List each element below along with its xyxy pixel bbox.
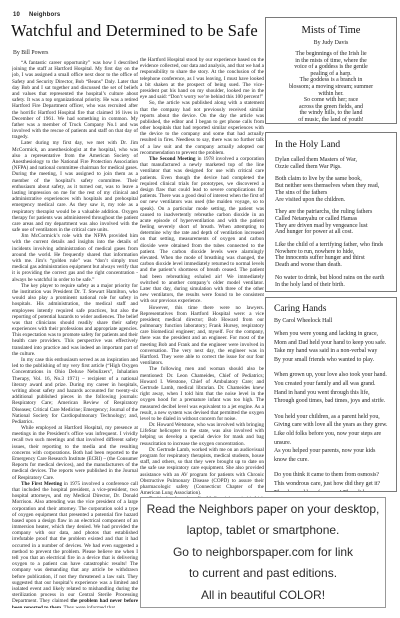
poem-body-caring-hands: When you were young and lacking in grace… <box>274 330 388 492</box>
article-column-1: “A fantastic career opportunity” was how… <box>12 60 138 608</box>
poem-line: By your small friends who wanted to play… <box>274 356 388 365</box>
text-line: Go to neighborspaper.com for link <box>173 542 353 564</box>
poem-line: You created your family and all was gran… <box>274 380 388 389</box>
poem-title-mists-of-time: Mists of Time <box>272 25 390 36</box>
poem-line: Mom and Dad held your hand to keep you s… <box>274 339 388 348</box>
poem-line: Like the child of a terrifying father, w… <box>275 242 387 249</box>
poem-box-caring-hands: Caring Hands By Carol Wheelock Hall When… <box>265 297 397 492</box>
poem-line: You held your children, as a parent held… <box>274 413 388 422</box>
promo-ad-box: Read the Neighbors paper on your desktop… <box>140 497 386 608</box>
poem-stanza: Do you think it came to them from osmosi… <box>274 471 388 492</box>
poem-line: Both claim to live by the same book, <box>275 176 387 183</box>
text-line: Read the Neighbors paper on your desktop… <box>147 499 380 521</box>
poem-byline-judy-davis: By Judy Davis <box>272 40 390 46</box>
text-line: So come with her; race <box>272 97 390 104</box>
poem-title-caring-hands: Caring Hands <box>274 304 388 314</box>
article-paragraph: However, this time there were no lawyers… <box>140 305 264 367</box>
poem-line: Like old folks before you, now your step… <box>274 430 388 447</box>
article-byline: By Bill Powers <box>13 50 48 56</box>
poem-stanza: No water to drink, but blood rains on th… <box>275 275 387 288</box>
poem-line: Do you think it came to them from osmosi… <box>274 471 388 480</box>
poem-line: The innocents suffer hunger and thirst <box>275 255 387 262</box>
poem-stanza: When grown up, your love also took your … <box>274 371 388 405</box>
page-number: 10 <box>13 12 20 18</box>
poem-stanza: Dylan called them Masters of War,Ozzie c… <box>275 157 387 170</box>
text-line: laptop, tablet or smartphone. <box>187 520 340 542</box>
text-line: within her. <box>272 91 390 98</box>
poem-line: When you were young and lacking in grace… <box>274 330 388 339</box>
text-line: across the green fields, and <box>272 104 390 111</box>
poem-line: They learned love from you! They did und… <box>274 489 388 493</box>
poem-stanza: When you were young and lacking in grace… <box>274 330 388 364</box>
poem-line: They are the patriarchs, the ruling fath… <box>275 209 387 216</box>
article-paragraph: In my case this enthusiasm served as an … <box>12 357 138 425</box>
article-paragraph: While employed at Hartford Hospital, my … <box>12 425 138 481</box>
text-line: pealing of a harp. <box>272 71 390 78</box>
article-paragraph: The following men and woman should also … <box>140 366 264 422</box>
page-header: 10 Neighbors <box>13 12 60 18</box>
poem-line: Are visited upon the children. <box>275 197 387 204</box>
poem-line: In the holy land of their birth. <box>275 282 387 289</box>
poem-byline-carol-wheelock-hall: By Carol Wheelock Hall <box>274 318 388 324</box>
article-paragraph: The key player to require safety as a ma… <box>12 283 138 357</box>
article-paragraph: Jim McCormick’s role with the NFPA provi… <box>12 233 138 283</box>
poem-body-in-the-holy-land: Dylan called them Masters of War,Ozzie c… <box>275 157 387 288</box>
article-paragraph: So, the article was published along with… <box>140 100 264 156</box>
article-column-2: the Hartford Hospital stood by our exper… <box>140 57 264 497</box>
poem-box-mists-of-time: Mists of Time By Judy Davis The beginnin… <box>265 17 397 124</box>
text-line: blossom; a moving stream; summer <box>272 84 390 91</box>
text-line: voice of a goddess is the gentle <box>272 64 390 71</box>
poem-line: Take my hand was said in a non-verbal wa… <box>274 347 388 356</box>
article-paragraph: “A fantastic career opportunity” was how… <box>12 60 138 140</box>
text-line: to current and past editions. <box>189 563 337 585</box>
article-paragraph: The Second Meeting in 1978 involved a co… <box>140 156 264 305</box>
article-paragraph: Dr. Gertrude Lamb, worked with me on an … <box>140 447 264 497</box>
poem-line: Ozzie called them War Pigs. <box>275 164 387 171</box>
text-line: of music, the land of youth! <box>272 117 390 124</box>
poem-line: Called Netanyahu or called Hamas <box>275 216 387 223</box>
poem-line: As you helped your parents, now your kid… <box>274 447 388 464</box>
poem-line: The sins of the fathers <box>275 190 387 197</box>
poem-line: And hunger for power at all cost. <box>275 229 387 236</box>
poem-stanza: You held your children, as a parent held… <box>274 413 388 465</box>
article-paragraph: Later during my first day, we met with D… <box>12 140 138 233</box>
poem-line: This wondrous care, just how did they ge… <box>274 480 388 489</box>
article-title: Watchful and Determined to be Safe <box>11 21 258 41</box>
poem-box-in-the-holy-land: In the Holy Land Dylan called them Maste… <box>265 132 397 292</box>
text-line: The goddess is a branch in <box>272 77 390 84</box>
text-line: All in beautiful COLOR! <box>201 585 325 607</box>
publication-name: Neighbors <box>29 12 60 18</box>
poem-line: Dylan called them Masters of War, <box>275 157 387 164</box>
article-paragraph: The First Meeting in 1975 involved a con… <box>12 481 138 608</box>
poem-line: Giving care with love all the years as t… <box>274 421 388 430</box>
text-line: The beginnings of the Irish lie <box>272 51 390 58</box>
poem-stanza: Like the child of a terrifying father, w… <box>275 242 387 269</box>
poem-line: When grown up, your love also took your … <box>274 371 388 380</box>
poem-title-in-the-holy-land: In the Holy Land <box>275 140 387 150</box>
poem-line: No water to drink, but blood rains on th… <box>275 275 387 282</box>
poem-stanza: They are the patriarchs, the ruling fath… <box>275 209 387 236</box>
poem-line: Hand in hand you went through this life, <box>274 389 388 398</box>
poem-line: Death and worse than death. <box>275 262 387 269</box>
newspaper-page: 10 Neighbors Watchful and Determined to … <box>0 0 400 618</box>
poem-stanza: Both claim to live by the same book,But … <box>275 176 387 203</box>
article-paragraph: Dr. Howard Wetstone, who was involved wi… <box>140 422 264 447</box>
article-paragraph: the Hartford Hospital stood by our exper… <box>140 57 264 100</box>
poem-line: But neither sees themselves when they re… <box>275 183 387 190</box>
poem-line: Through good times, bad times, joys and … <box>274 397 388 406</box>
text-line: the windy hills, to the land <box>272 110 390 117</box>
poem-body-mists-of-time: The beginnings of the Irish liein the mi… <box>272 51 390 124</box>
